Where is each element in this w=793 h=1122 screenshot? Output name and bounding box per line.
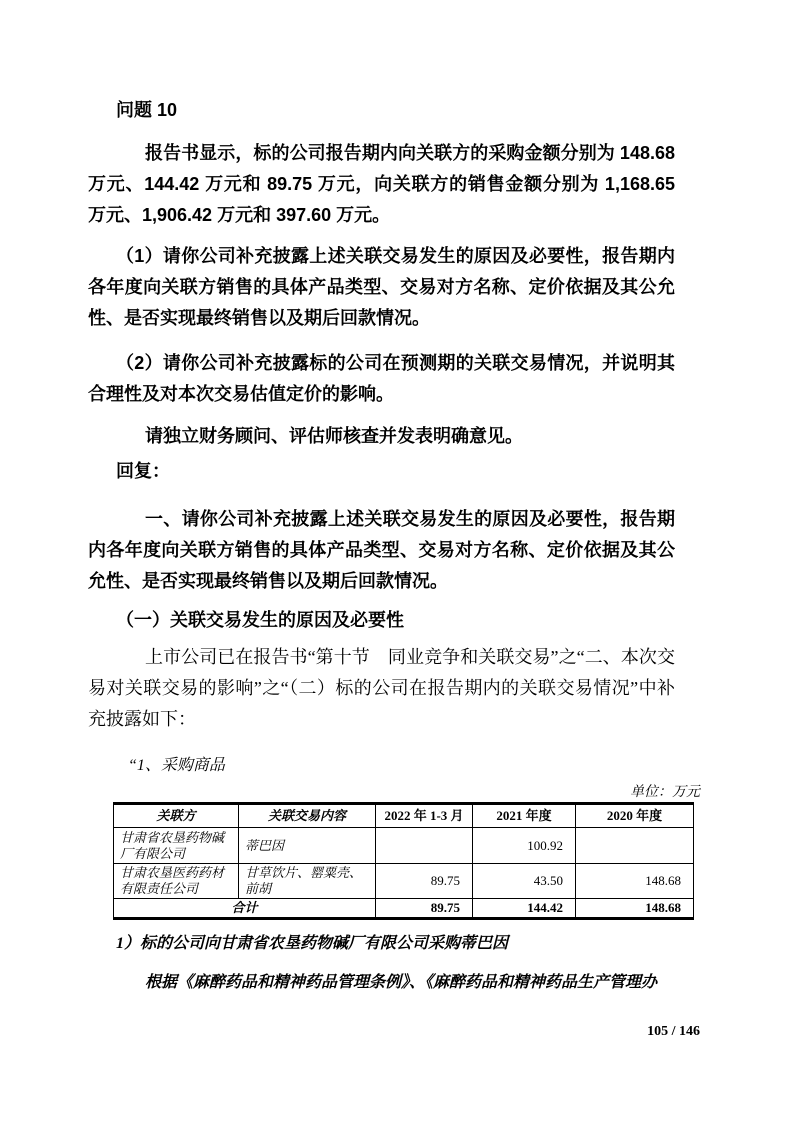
col-header-2020: 2020 年度	[576, 804, 694, 828]
table-row-nongken-pharma: 甘肃农垦医药药材有限责任公司 甘草饮片、罂粟壳、前胡 89.75 43.50 1…	[114, 864, 694, 899]
col-header-transaction-content: 关联交易内容	[239, 804, 376, 828]
question-heading: 问题 10	[88, 95, 675, 126]
cell-amount-2021: 100.92	[473, 828, 576, 864]
page-number: 105 / 146	[88, 1023, 700, 1041]
col-header-related-party: 关联方	[114, 804, 239, 828]
cell-amount-2020	[576, 828, 694, 864]
cell-content: 甘草饮片、罂粟壳、前胡	[239, 864, 376, 899]
cell-party: 甘肃农垦医药药材有限责任公司	[114, 864, 239, 899]
table-header-row: 关联方 关联交易内容 2022 年 1-3 月 2021 年度 2020 年度	[114, 804, 694, 828]
cell-amount-2021: 43.50	[473, 864, 576, 899]
cell-amount-2022q1: 89.75	[376, 864, 473, 899]
col-header-2022q1: 2022 年 1-3 月	[376, 804, 473, 828]
purchase-subheading: “1、采购商品	[88, 753, 675, 779]
table-unit-label: 单位：万元	[88, 785, 700, 801]
cell-total-2022q1: 89.75	[376, 899, 473, 919]
paragraph-verify-request: 请独立财务顾问、评估师核查并发表明确意见。	[88, 421, 675, 452]
cell-amount-2020: 148.68	[576, 864, 694, 899]
paragraph-question-1: （1）请你公司补充披露上述关联交易发生的原因及必要性，报告期内各年度向关联方销售…	[88, 241, 675, 334]
section-1-title: 一、请你公司补充披露上述关联交易发生的原因及必要性，报告期内各年度向关联方销售的…	[88, 504, 675, 597]
cell-amount-2022q1	[376, 828, 473, 864]
cell-content: 蒂巴因	[239, 828, 376, 864]
cell-total-2020: 148.68	[576, 899, 694, 919]
paragraph-intro: 报告书显示，标的公司报告期内向关联方的采购金额分别为 148.68 万元、144…	[88, 138, 675, 231]
cell-party: 甘肃省农垦药物碱厂有限公司	[114, 828, 239, 864]
cell-total-label: 合计	[114, 899, 376, 919]
paragraph-question-2: （2）请你公司补充披露标的公司在预测期的关联交易情况，并说明其合理性及对本次交易…	[88, 348, 675, 410]
related-party-purchase-table: 关联方 关联交易内容 2022 年 1-3 月 2021 年度 2020 年度 …	[113, 802, 694, 920]
cell-total-2021: 144.42	[473, 899, 576, 919]
table-total-row: 合计 89.75 144.42 148.68	[114, 899, 694, 919]
document-page: 问题 10 报告书显示，标的公司报告期内向关联方的采购金额分别为 148.68 …	[0, 0, 793, 1122]
reply-label: 回复：	[88, 456, 675, 487]
item-1-title: 1）标的公司向甘肃省农垦药物碱厂有限公司采购蒂巴因	[88, 931, 675, 957]
item-1-body: 根据《麻醉药品和精神药品管理条例》、《麻醉药品和精神药品生产管理办	[88, 970, 675, 996]
section-1-1-title: （一）关联交易发生的原因及必要性	[88, 605, 675, 636]
table-row-nongken-alkaloid: 甘肃省农垦药物碱厂有限公司 蒂巴因 100.92	[114, 828, 694, 864]
paragraph-disclosure-note: 上市公司已在报告书“第十节 同业竞争和关联交易”之“二、本次交易对关联交易的影响…	[88, 642, 675, 735]
col-header-2021: 2021 年度	[473, 804, 576, 828]
